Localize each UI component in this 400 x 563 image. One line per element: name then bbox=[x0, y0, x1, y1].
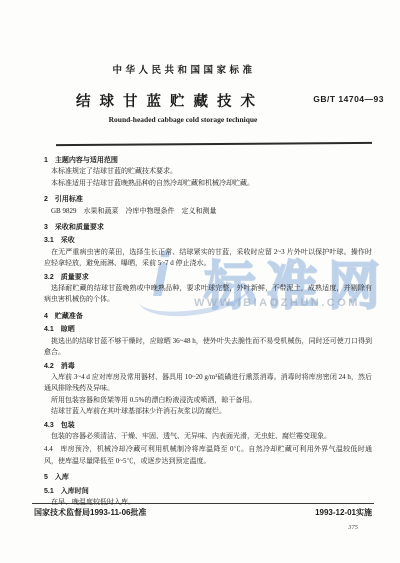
section-2: 2 引用标准 GB 9829 水果和蔬菜 冷库中物理条件 定义和测量 bbox=[44, 194, 372, 217]
section-heading: 1 主题内容与适用范围 bbox=[44, 155, 372, 166]
section-heading: 4.1 晾晒 bbox=[44, 324, 372, 335]
section-heading: 3.1 采收 bbox=[44, 235, 372, 246]
approval-date: 国家技术监督局1993-11-06批准 bbox=[34, 507, 146, 518]
section-heading: 3 采收和质量要求 bbox=[44, 222, 372, 233]
paragraph: 结球甘蓝入库前在其叶球基部抹少许消石灰浆以防腐烂。 bbox=[44, 406, 372, 417]
document-footer: 国家技术监督局1993-11-06批准 1993-12-01实施 bbox=[34, 507, 372, 518]
header-divider bbox=[56, 142, 372, 146]
paragraph: 本标准规定了结球甘蓝的贮藏技术要求。 bbox=[44, 166, 372, 177]
section-3-2: 3.2 质量要求 选择耐贮藏的结球甘蓝晚熟或中晚熟品种，要求叶球完整，外叶新鲜，… bbox=[44, 272, 372, 306]
section-5-1: 5.1 入库时间 在早、晚温度较低时入库。 bbox=[44, 486, 372, 509]
paragraph: 挑选出的结球甘蓝不够干燥时，应晾晒 36~48 h，使外叶失去脆性而不易受机械伤… bbox=[44, 336, 372, 359]
paragraph: 在无严重病虫害的菜田，选择生长正常、结球紧实的甘蓝，采收时应留 2~3 片外叶以… bbox=[44, 247, 372, 270]
section-4-4: 4.4 库房预冷，机械冷却冷藏可利用机械制冷将库温降至 0℃。自然冷却贮藏可利用… bbox=[44, 444, 372, 467]
document-page: i 标准网 WWW.IBIAOZHUN.COM 中华人民共和国国家标准 结球甘蓝… bbox=[0, 0, 400, 563]
section-4: 4 贮藏准备 bbox=[44, 311, 372, 322]
paragraph: 本标准适用于结球甘蓝晚熟品种的自然冷却贮藏和机械冷却贮藏。 bbox=[44, 178, 372, 189]
paragraph: 4.4 库房预冷，机械冷却冷藏可利用机械制冷将库温降至 0℃。自然冷却贮藏可利用… bbox=[44, 444, 372, 467]
referenced-standard: GB 9829 水果和蔬菜 冷库中物理条件 定义和测量 bbox=[44, 206, 372, 217]
section-3: 3 采收和质量要求 bbox=[44, 222, 372, 233]
document-title: 结球甘蓝贮藏技术 bbox=[0, 90, 340, 111]
document-body: 1 主题内容与适用范围 本标准规定了结球甘蓝的贮藏技术要求。 本标准适用于结球甘… bbox=[44, 150, 372, 508]
paragraph: 所用包装容器和货架等用 0.5%的漂白粉液浸洗或喷洒，晾干备用。 bbox=[44, 395, 372, 406]
paragraph: 包装的容器必须清洁、干燥、牢固、透气、无异味、内表面光滑，无虫蛀、腐烂霉变现象。 bbox=[44, 431, 372, 442]
section-1: 1 主题内容与适用范围 本标准规定了结球甘蓝的贮藏技术要求。 本标准适用于结球甘… bbox=[44, 155, 372, 189]
section-4-1: 4.1 晾晒 挑选出的结球甘蓝不够干燥时，应晾晒 36~48 h，使外叶失去脆性… bbox=[44, 324, 372, 358]
section-heading: 2 引用标准 bbox=[44, 194, 372, 205]
section-heading: 5.1 入库时间 bbox=[44, 486, 372, 497]
section-heading: 3.2 质量要求 bbox=[44, 272, 372, 283]
standard-number: GB/T 14704—93 bbox=[313, 94, 384, 104]
section-heading: 4.2 消毒 bbox=[44, 361, 372, 372]
document-title-english: Round-headed cabbage cold storage techni… bbox=[0, 115, 366, 124]
page-number: 375 bbox=[348, 524, 358, 531]
section-heading: 4.3 包装 bbox=[44, 420, 372, 431]
standard-label: 中华人民共和国国家标准 bbox=[0, 62, 368, 76]
section-4-2: 4.2 消毒 入库前 3~4 d 应对库房及常用器材、器具用 10~20 g/m… bbox=[44, 361, 372, 418]
section-heading: 4 贮藏准备 bbox=[44, 311, 372, 322]
section-3-1: 3.1 采收 在无严重病虫害的菜田，选择生长正常、结球紧实的甘蓝，采收时应留 2… bbox=[44, 235, 372, 269]
section-heading: 5 入库 bbox=[44, 472, 372, 483]
section-5: 5 入库 bbox=[44, 472, 372, 483]
paragraph: 选择耐贮藏的结球甘蓝晚熟或中晚熟品种，要求叶球完整，外叶新鲜，不带泥土，成熟适度… bbox=[44, 283, 372, 306]
paragraph: 入库前 3~4 d 应对库房及常用器材、器具用 10~20 g/m³硫磺进行熏蒸… bbox=[44, 372, 372, 395]
section-4-3: 4.3 包装 包装的容器必须清洁、干燥、牢固、透气、无异味、内表面光滑，无虫蛀、… bbox=[44, 420, 372, 443]
implementation-date: 1993-12-01实施 bbox=[315, 507, 372, 518]
